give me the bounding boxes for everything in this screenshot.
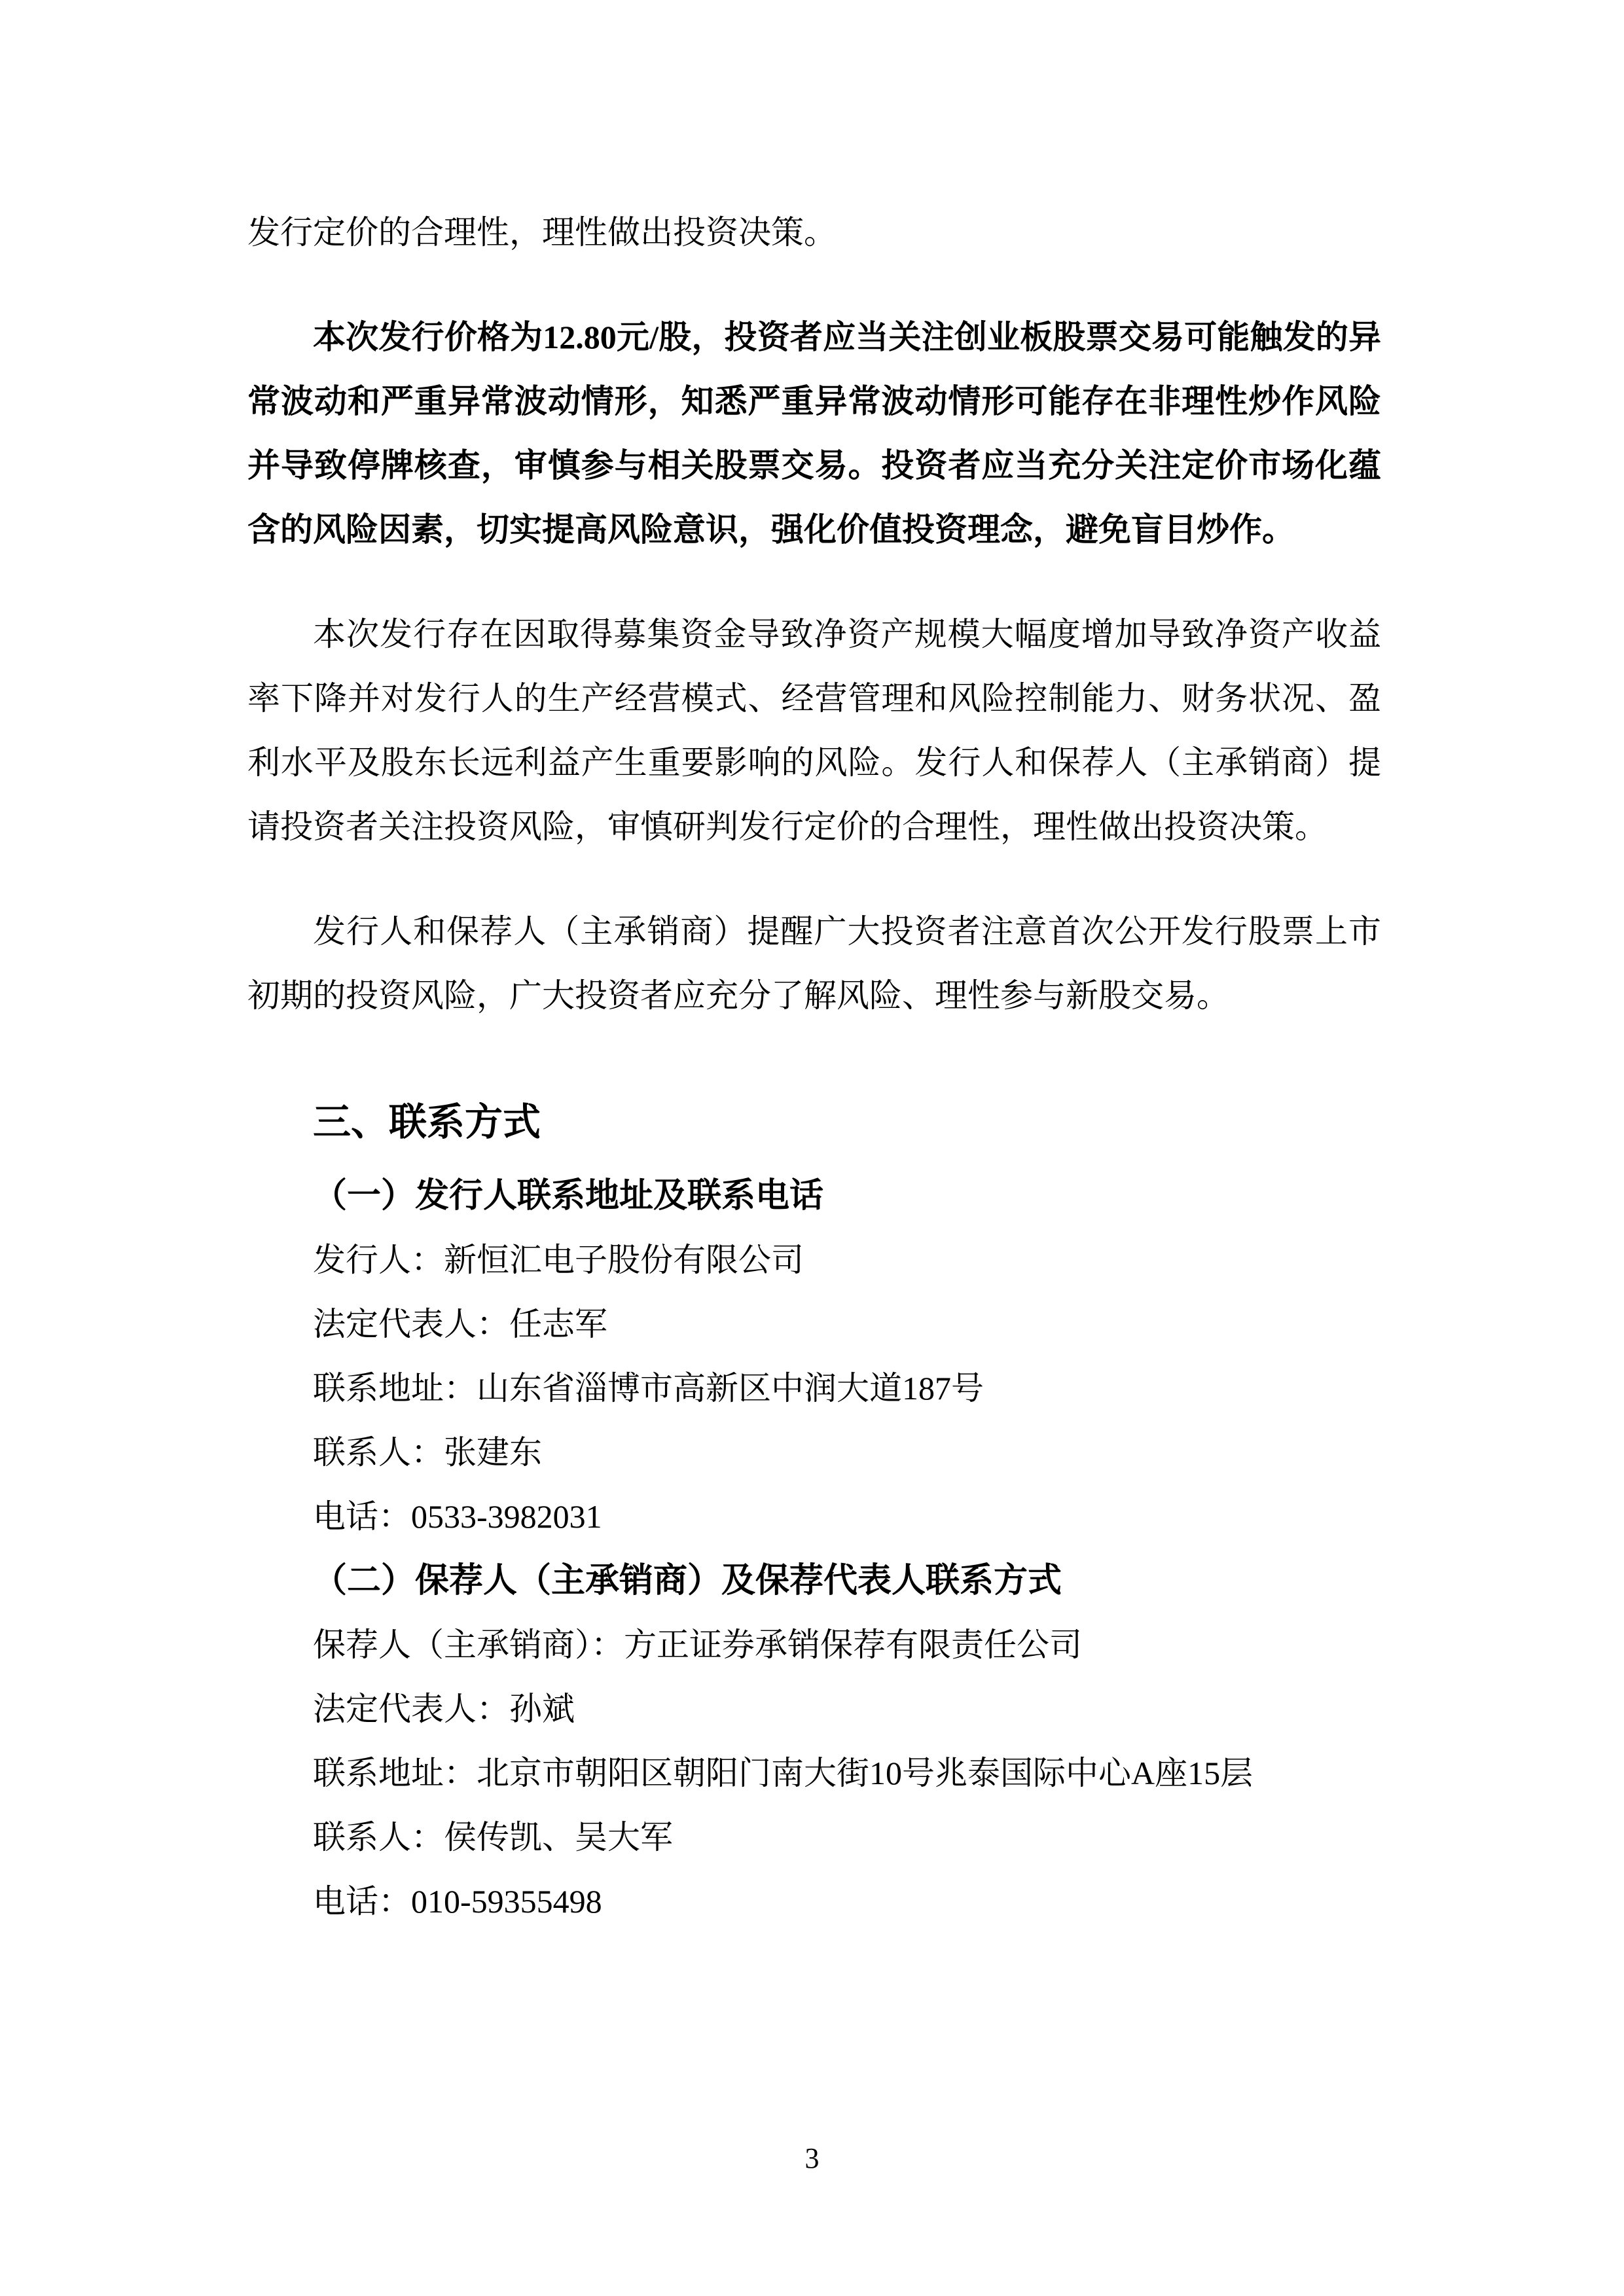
subsection-sponsor-contact: （二）保荐人（主承销商）及保荐代表人联系方式 保荐人（主承销商）：方正证券承销保…	[247, 1549, 1381, 1933]
sponsor-phone-line: 电话：010-59355498	[247, 1869, 1381, 1933]
subsection-heading-sponsor: （二）保荐人（主承销商）及保荐代表人联系方式	[247, 1549, 1381, 1613]
issuer-address-line: 联系地址：山东省淄博市高新区中润大道187号	[247, 1356, 1381, 1420]
subsection-heading-issuer: （一）发行人联系地址及联系电话	[247, 1164, 1381, 1228]
text-block: 发行定价的合理性，理性做出投资决策。 本次发行价格为12.80元/股，投资者应当…	[247, 200, 1381, 1933]
subsection-issuer-contact: （一）发行人联系地址及联系电话 发行人：新恒汇电子股份有限公司 法定代表人：任志…	[247, 1164, 1381, 1549]
investor-reminder-paragraph: 发行人和保荐人（主承销商）提醒广大投资者注意首次公开发行股票上市初期的投资风险，…	[247, 899, 1381, 1028]
issuer-name-line: 发行人：新恒汇电子股份有限公司	[247, 1228, 1381, 1292]
issuer-contact-person-line: 联系人：张建东	[247, 1420, 1381, 1484]
issue-price-risk-paragraph: 本次发行价格为12.80元/股，投资者应当关注创业板股票交易可能触发的异常波动和…	[247, 305, 1381, 562]
sponsor-name-line: 保荐人（主承销商）：方正证券承销保荐有限责任公司	[247, 1613, 1381, 1677]
section-heading-contact-methods: 三、联系方式	[247, 1090, 1381, 1155]
net-asset-risk-paragraph: 本次发行存在因取得募集资金导致净资产规模大幅度增加导致净资产收益率下降并对发行人…	[247, 602, 1381, 859]
issuer-phone-line: 电话：0533-3982031	[247, 1484, 1381, 1549]
issuer-legal-representative-line: 法定代表人：任志军	[247, 1292, 1381, 1356]
sponsor-legal-representative-line: 法定代表人：孙斌	[247, 1677, 1381, 1741]
page-number: 3	[0, 2142, 1624, 2176]
sponsor-address-line: 联系地址：北京市朝阳区朝阳门南大街10号兆泰国际中心A座15层	[247, 1741, 1381, 1805]
document-page: 发行定价的合理性，理性做出投资决策。 本次发行价格为12.80元/股，投资者应当…	[0, 0, 1624, 2296]
continuation-paragraph: 发行定价的合理性，理性做出投资决策。	[247, 200, 1381, 264]
sponsor-contact-person-line: 联系人：侯传凯、吴大军	[247, 1805, 1381, 1869]
